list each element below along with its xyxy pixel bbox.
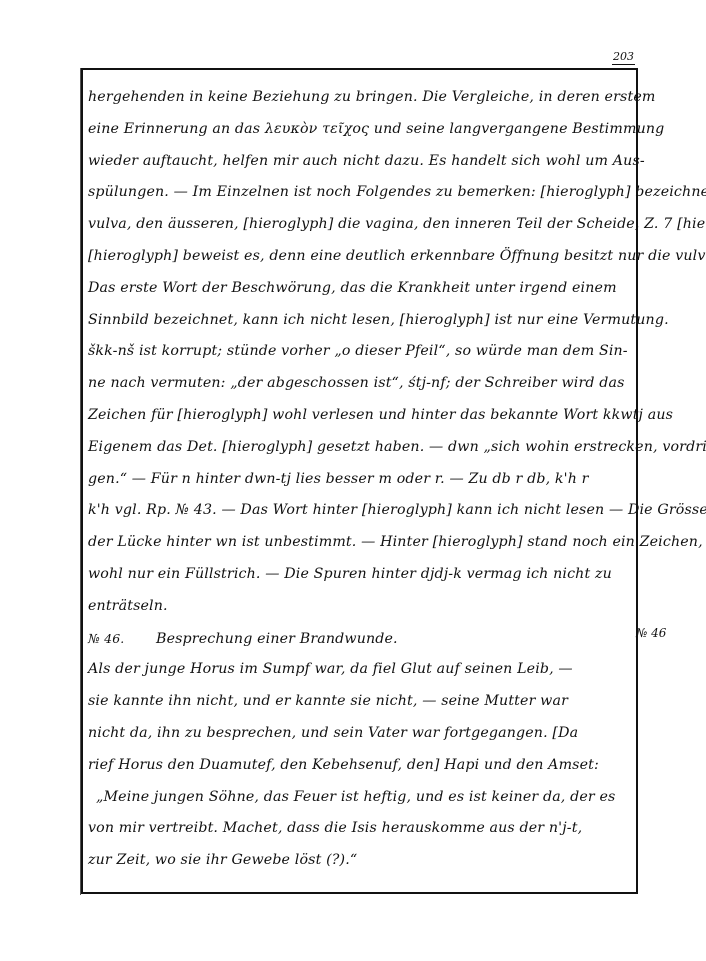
manuscript-text: hergehenden in keine Beziehung zu bringe… [88, 82, 644, 877]
text-line: der Lücke hinter wn ist unbestimmt. — Hi… [88, 527, 644, 559]
text-line: von mir vertreibt. Machet, dass die Isis… [88, 813, 644, 845]
text-line: „Meine jungen Söhne, das Feuer ist hefti… [88, 782, 644, 814]
text-line: zur Zeit, wo sie ihr Gewebe löst (?).“ [88, 845, 644, 877]
section-heading: № 46.Besprechung einer Brandwunde. [88, 623, 644, 655]
section-title: Besprechung einer Brandwunde. [156, 631, 398, 647]
text-line: Das erste Wort der Beschwörung, das die … [88, 273, 644, 305]
text-line: rief Horus den Duamutef, den Kebehsenuf,… [88, 750, 644, 782]
page-number: 203 [612, 50, 635, 65]
text-line: [hieroglyph] beweist es, denn eine deutl… [88, 241, 644, 273]
text-line: Eigenem das Det. [hieroglyph] gesetzt ha… [88, 432, 644, 464]
section-number: № 46. [88, 623, 156, 655]
text-line: Als der junge Horus im Sumpf war, da fie… [88, 654, 644, 686]
text-line: wieder auftaucht, helfen mir auch nicht … [88, 146, 644, 178]
text-line: gen.“ — Für n hinter dwn-tj lies besser … [88, 464, 644, 496]
text-line: eine Erinnerung an das λευκὸν τεῖχος und… [88, 114, 644, 146]
text-line: enträtseln. [88, 591, 644, 623]
text-line: wohl nur ein Füllstrich. — Die Spuren hi… [88, 559, 644, 591]
text-line: hergehenden in keine Beziehung zu bringe… [88, 82, 644, 114]
text-line: Zeichen für [hieroglyph] wohl verlesen u… [88, 400, 644, 432]
text-line: spülungen. — Im Einzelnen ist noch Folge… [88, 177, 644, 209]
text-line: škk-nš ist korrupt; stünde vorher „o die… [88, 336, 644, 368]
text-line: vulva, den äusseren, [hieroglyph] die va… [88, 209, 644, 241]
text-line: sie kannte ihn nicht, und er kannte sie … [88, 686, 644, 718]
text-line: Sinnbild bezeichnet, kann ich nicht lese… [88, 305, 644, 337]
text-line: k'h vgl. Rp. № 43. — Das Wort hinter [hi… [88, 495, 644, 527]
text-line: ne nach vermuten: „der abgeschossen ist“… [88, 368, 644, 400]
text-line: nicht da, ihn zu besprechen, und sein Va… [88, 718, 644, 750]
